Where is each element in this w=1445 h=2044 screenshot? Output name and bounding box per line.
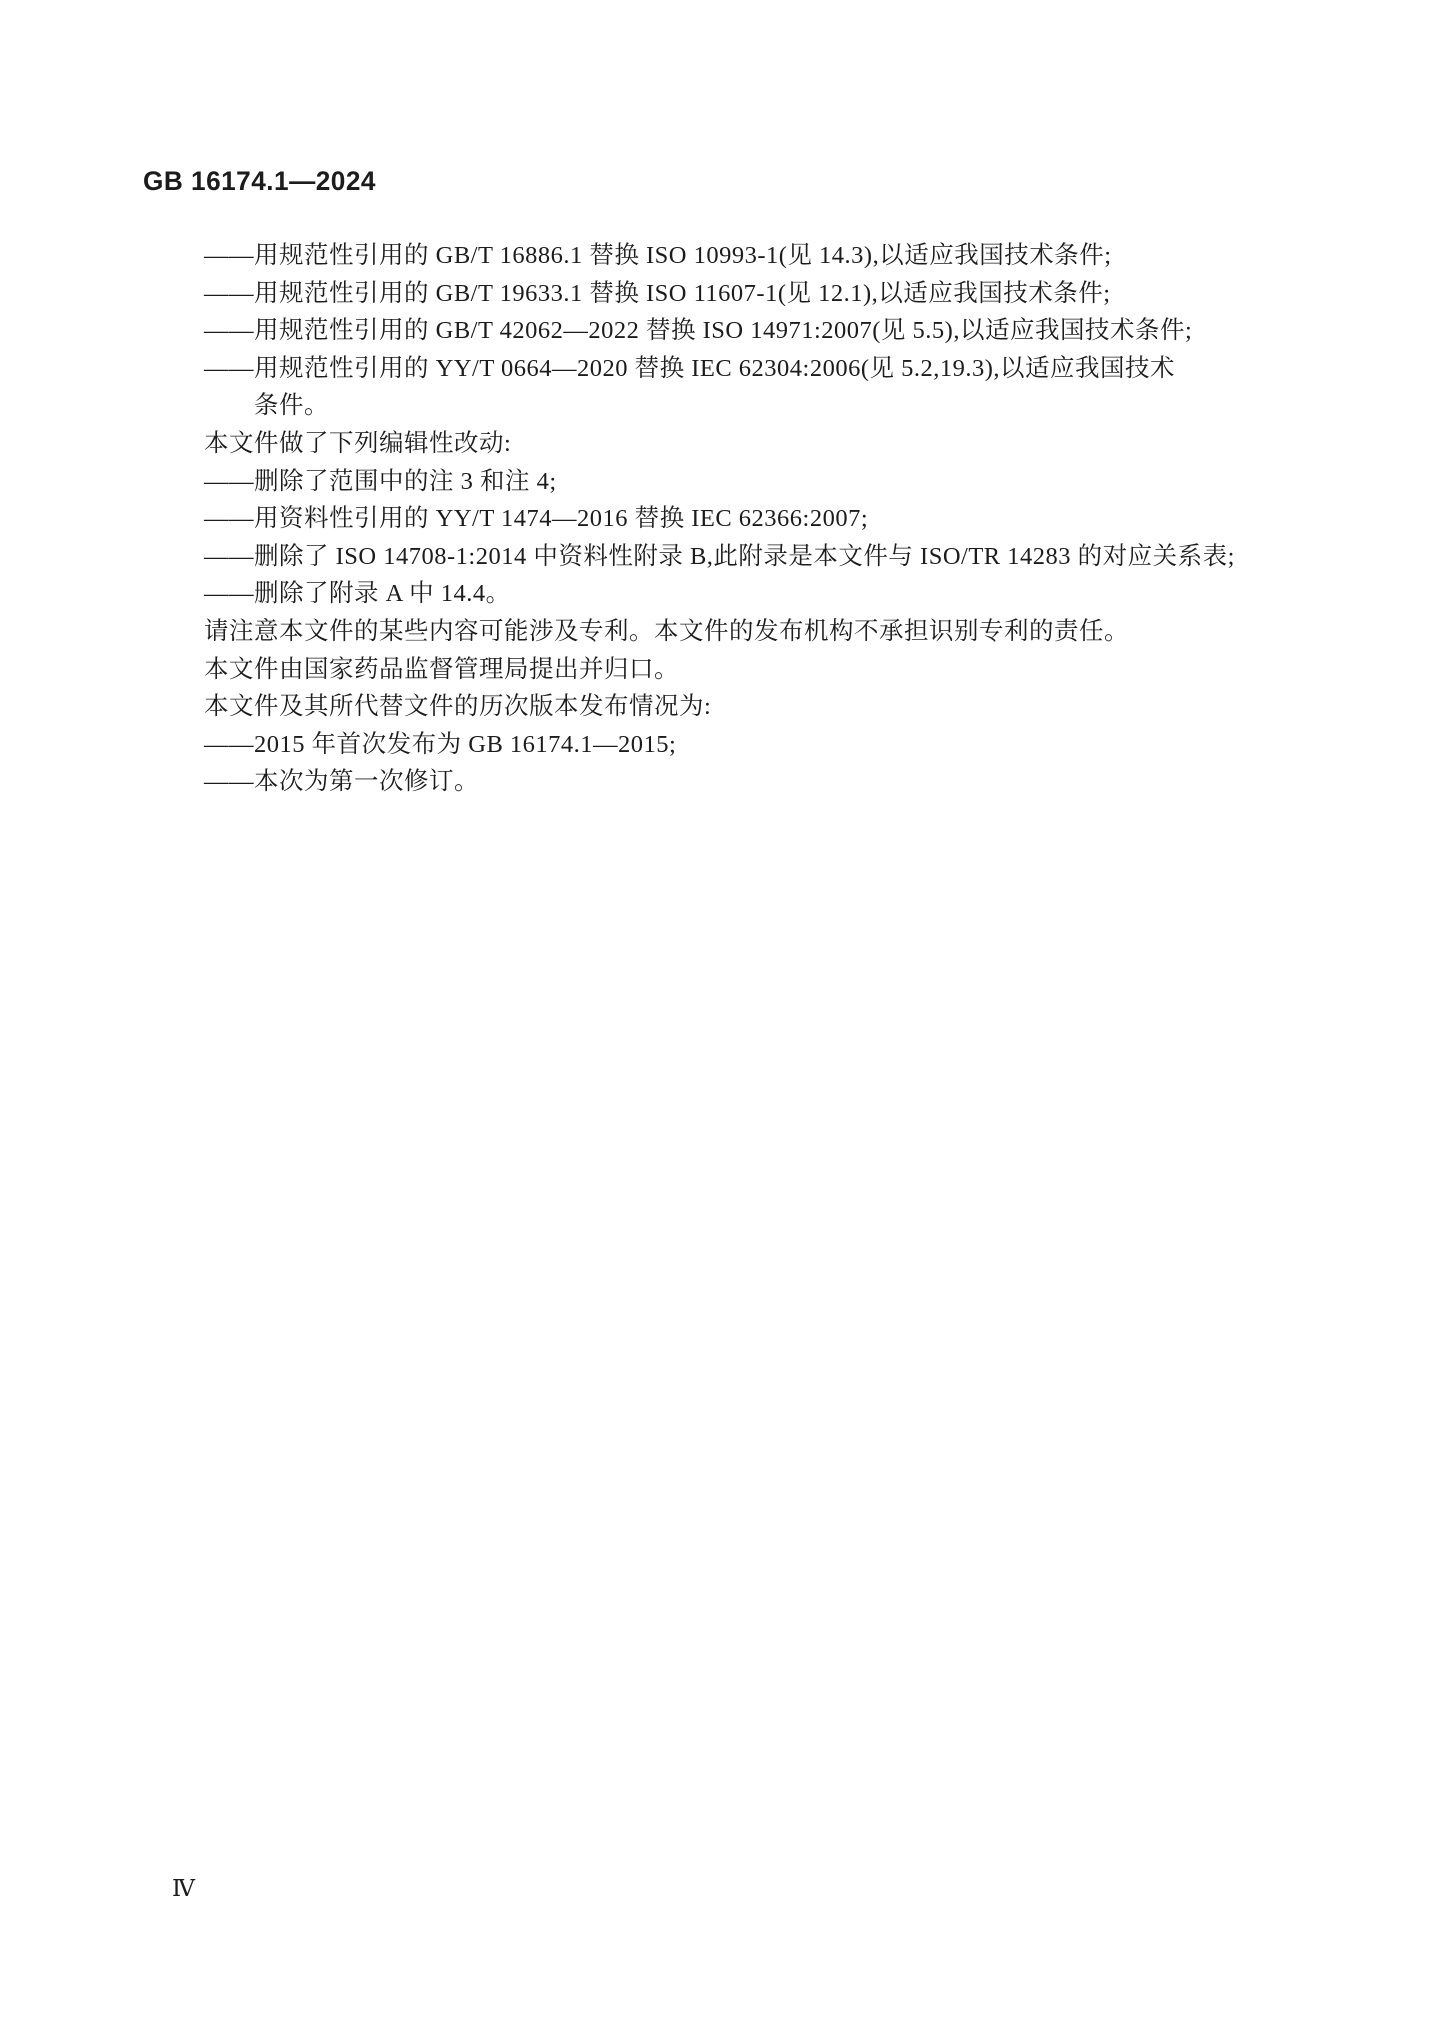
text-line: ——用规范性引用的 YY/T 0664—2020 替换 IEC 62304:20… (204, 350, 1284, 388)
text-line: ——用规范性引用的 GB/T 16886.1 替换 ISO 10993-1(见 … (204, 237, 1284, 275)
document-page: GB 16174.1—2024 ——用规范性引用的 GB/T 16886.1 替… (0, 0, 1445, 2044)
text-line: ——用规范性引用的 GB/T 42062—2022 替换 ISO 14971:2… (204, 312, 1284, 350)
foreword-body-text: ——用规范性引用的 GB/T 16886.1 替换 ISO 10993-1(见 … (204, 237, 1284, 801)
standard-number: GB 16174.1—2024 (143, 166, 376, 197)
text-line: ——删除了附录 A 中 14.4。 (204, 575, 1284, 613)
text-line: ——删除了 ISO 14708-1:2014 中资料性附录 B,此附录是本文件与… (204, 538, 1284, 576)
text-line: 请注意本文件的某些内容可能涉及专利。本文件的发布机构不承担识别专利的责任。 (204, 613, 1284, 651)
text-line: 本文件做了下列编辑性改动: (204, 425, 1284, 463)
page-number: Ⅳ (172, 1876, 196, 1902)
text-line: ——删除了范围中的注 3 和注 4; (204, 463, 1284, 501)
text-line: 本文件及其所代替文件的历次版本发布情况为: (204, 688, 1284, 726)
text-line: 本文件由国家药品监督管理局提出并归口。 (204, 651, 1284, 689)
text-line: 条件。 (204, 387, 1284, 425)
text-line: ——本次为第一次修订。 (204, 763, 1284, 801)
text-line: ——2015 年首次发布为 GB 16174.1—2015; (204, 726, 1284, 764)
text-line: ——用规范性引用的 GB/T 19633.1 替换 ISO 11607-1(见 … (204, 275, 1284, 313)
text-line: ——用资料性引用的 YY/T 1474—2016 替换 IEC 62366:20… (204, 500, 1284, 538)
